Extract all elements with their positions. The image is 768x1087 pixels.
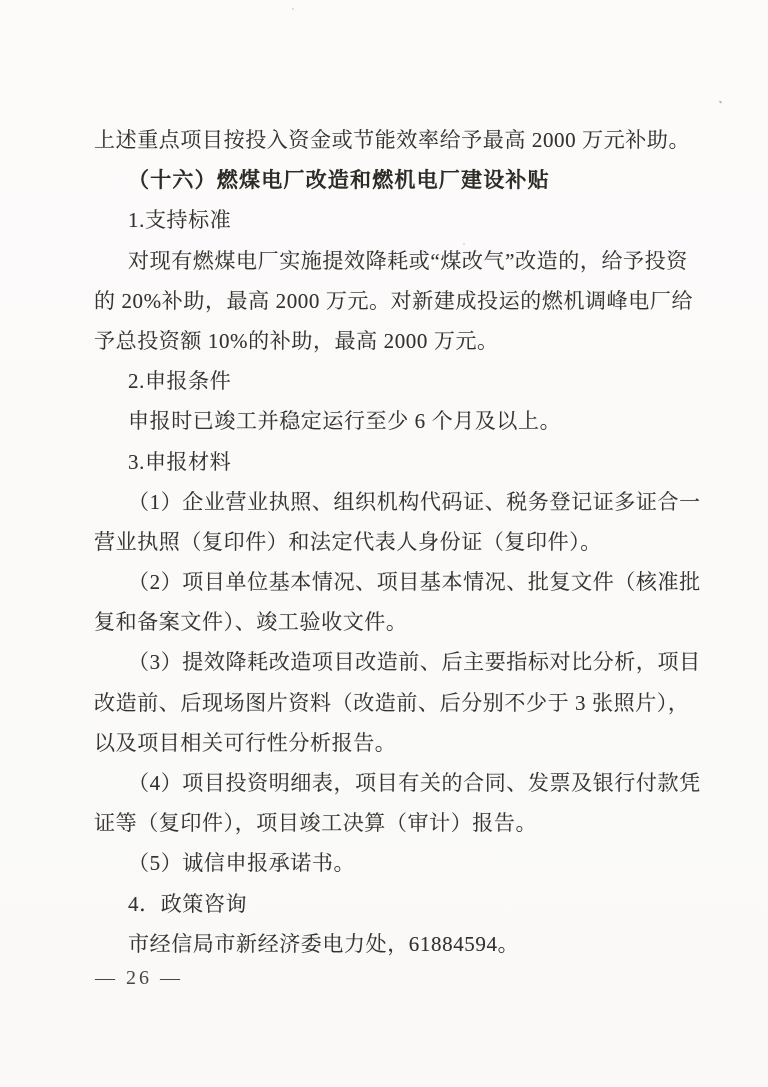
document-body: 上述重点项目按投入资金或节能效率给予最高 2000 万元补助。 （十六）燃煤电厂… bbox=[94, 120, 686, 964]
subsection-heading: 4．政策咨询 bbox=[94, 884, 686, 924]
subsection-heading: 1.支持标准 bbox=[94, 200, 686, 240]
paragraph-line: 复和备案文件）、竣工验收文件。 bbox=[94, 602, 686, 642]
section-heading: （十六）燃煤电厂改造和燃机电厂建设补贴 bbox=[94, 160, 686, 200]
scan-artifact bbox=[719, 100, 723, 103]
paragraph-line: 市经信局市新经济委电力处，61884594。 bbox=[94, 924, 686, 964]
paragraph-line: 营业执照（复印件）和法定代表人身份证（复印件）。 bbox=[94, 522, 686, 562]
paragraph-line: 对现有燃煤电厂实施提效降耗或“煤改气”改造的，给予投资 bbox=[94, 241, 686, 281]
paragraph-line: （5）诚信申报承诺书。 bbox=[94, 843, 686, 883]
paragraph-line: （3）提效降耗改造项目改造前、后主要指标对比分析，项目 bbox=[94, 642, 686, 682]
paragraph-line: 上述重点项目按投入资金或节能效率给予最高 2000 万元补助。 bbox=[94, 120, 686, 160]
subsection-heading: 3.申报材料 bbox=[94, 442, 686, 482]
paragraph-line: 以及项目相关可行性分析报告。 bbox=[94, 723, 686, 763]
paragraph-line: 的 20%补助，最高 2000 万元。对新建成投运的燃机调峰电厂给 bbox=[94, 281, 686, 321]
paragraph-line: 申报时已竣工并稳定运行至少 6 个月及以上。 bbox=[94, 401, 686, 441]
scan-artifact bbox=[292, 8, 294, 10]
scan-artifact bbox=[463, 243, 465, 245]
page-number: — 26 — bbox=[95, 963, 183, 993]
paragraph-line: （2）项目单位基本情况、项目基本情况、批复文件（核准批 bbox=[94, 562, 686, 602]
paragraph-line: （4）项目投资明细表，项目有关的合同、发票及银行付款凭 bbox=[94, 763, 686, 803]
paragraph-line: （1）企业营业执照、组织机构代码证、税务登记证多证合一 bbox=[94, 482, 686, 522]
scanned-document-page: 上述重点项目按投入资金或节能效率给予最高 2000 万元补助。 （十六）燃煤电厂… bbox=[0, 0, 768, 1087]
paragraph-line: 证等（复印件），项目竣工决算（审计）报告。 bbox=[94, 803, 686, 843]
paragraph-line: 改造前、后现场图片资料（改造前、后分别不少于 3 张照片）， bbox=[94, 683, 686, 723]
subsection-heading: 2.申报条件 bbox=[94, 361, 686, 401]
paragraph-line: 予总投资额 10%的补助，最高 2000 万元。 bbox=[94, 321, 686, 361]
